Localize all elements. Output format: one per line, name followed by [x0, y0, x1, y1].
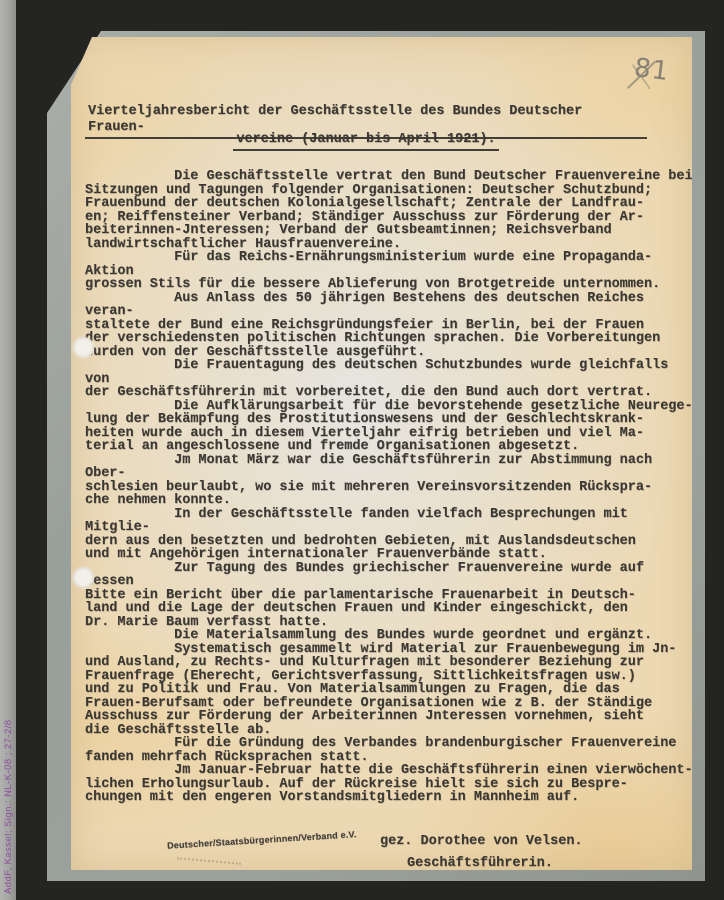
paragraph: Die Materialsammlung des Bundes wurde ge…	[85, 629, 693, 643]
paragraph: Die Aufklärungsarbeit für die bevorstehe…	[85, 400, 693, 454]
document-page: Vierteljahresbericht der Geschäftsstelle…	[71, 37, 692, 870]
archive-signature-label: AddF, Kassel; Sign.: NL-K-08 ; 27-2/8	[3, 719, 14, 894]
paragraph: Systematisch gesammelt wird Material zur…	[85, 643, 693, 738]
paragraph: Für die Gründung des Verbandes brandenbu…	[85, 737, 693, 764]
body-paragraphs: Die Geschäftsstelle vertrat den Bund Deu…	[85, 170, 693, 805]
paragraph: In der Geschäftsstelle fanden vielfach B…	[85, 508, 693, 562]
scanned-document-view: { "archive_label": "AddF, Kassel; Sign.:…	[0, 0, 724, 900]
paragraph: Die Geschäftsstelle vertrat den Bund Deu…	[85, 170, 693, 251]
punch-hole-bottom	[73, 567, 94, 588]
paragraph: Jm Januar-Februar hatte die Geschäftsfüh…	[85, 764, 693, 805]
paragraph: Jm Monat März war die Geschäftsführerin …	[85, 454, 693, 508]
signature-block: Deutscher/Staatsbürgerinnen/Verband e.V.…	[85, 831, 693, 900]
signature: gez. Dorothee von Velsen. Geschäftsführe…	[380, 831, 583, 875]
punch-hole-top	[73, 337, 94, 358]
paragraph: Für das Reichs-Ernährungsministerium wur…	[85, 251, 693, 292]
organization-stamp: Deutscher/Staatsbürgerinnen/Verband e.V.	[167, 829, 357, 851]
paragraph: Aus Anlass des 50 jährigen Bestehens des…	[85, 292, 693, 360]
page-content: Vierteljahresbericht der Geschäftsstelle…	[71, 37, 692, 900]
pencil-smudge	[177, 857, 241, 865]
signature-name: gez. Dorothee von Velsen.	[380, 831, 583, 853]
pencil-crossout-stroke	[624, 52, 679, 106]
document-title: Vierteljahresbericht der Geschäftsstelle…	[85, 104, 647, 160]
handwritten-page-number: 81	[630, 53, 687, 107]
title-line-2-text: vereine (Januar bis April 1921).	[233, 132, 498, 151]
title-line-1: Vierteljahresbericht der Geschäftsstelle…	[85, 104, 647, 132]
paragraph: Die Frauentagung des deutschen Schutzbun…	[85, 359, 693, 400]
paragraph: Zur Tagung des Bundes griechischer Fraue…	[85, 562, 693, 630]
